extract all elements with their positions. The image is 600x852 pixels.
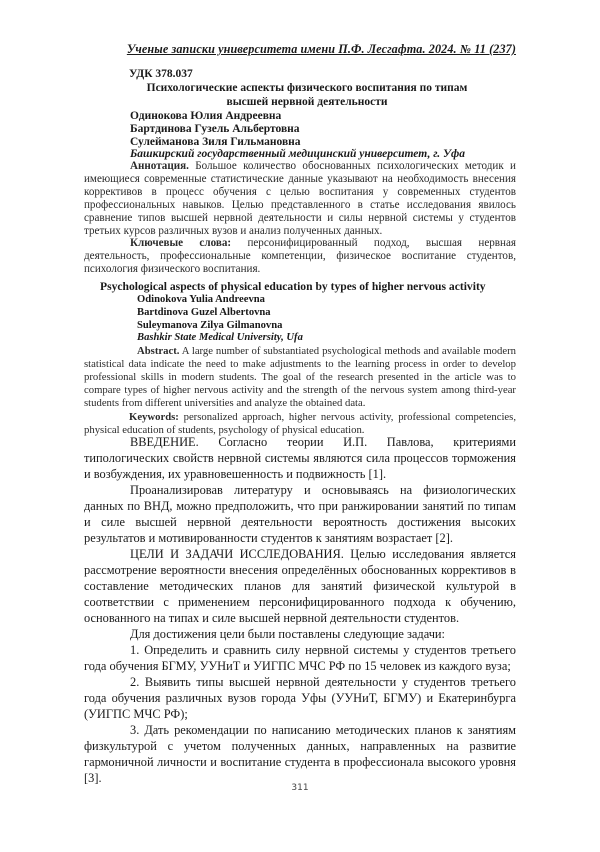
- intro-paragraph: ВВЕДЕНИЕ. Согласно теории И.П. Павлова, …: [84, 434, 516, 482]
- literature-text: Проанализировав литературу и основываясь…: [84, 483, 516, 545]
- title-ru-line-2: высшей нервной деятельности: [118, 95, 496, 109]
- abstract-en-label: Abstract.: [137, 345, 179, 357]
- title-ru-line-1: Психологические аспекты физического восп…: [118, 81, 496, 95]
- literature-paragraph: Проанализировав литературу и основываясь…: [84, 482, 516, 546]
- intro-label: ВВЕДЕНИЕ.: [130, 435, 199, 449]
- udk-code: УДК 378.037: [129, 68, 193, 80]
- authors-ru: Одинокова Юлия Андреевна Бартдинова Гузе…: [130, 110, 301, 150]
- author-en: Suleymanova Zilya Gilmanovna: [137, 319, 282, 332]
- task-text: 1. Определить и сравнить силу нервной си…: [84, 643, 516, 673]
- affiliation-ru: Башкирский государственный медицинский у…: [130, 148, 465, 160]
- author-en: Bartdinova Guzel Albertovna: [137, 306, 282, 319]
- author-en: Odinokova Yulia Andreevna: [137, 293, 282, 306]
- author-ru: Бартдинова Гузель Альбертовна: [130, 123, 301, 136]
- tasks-intro: Для достижения цели были поставлены след…: [84, 626, 516, 642]
- authors-en: Odinokova Yulia Andreevna Bartdinova Guz…: [137, 293, 282, 333]
- author-ru: Одинокова Юлия Андреевна: [130, 110, 301, 123]
- task-item-3: 3. Дать рекомендации по написанию методи…: [84, 722, 516, 786]
- abstract-en: Abstract. A large number of substantiate…: [84, 345, 516, 410]
- article-title-en: Psychological aspects of physical educat…: [100, 280, 486, 293]
- task-text: 2. Выявить типы высшей нервной деятельно…: [84, 675, 516, 721]
- task-item-1: 1. Определить и сравнить силу нервной си…: [84, 642, 516, 674]
- task-text: 3. Дать рекомендации по написанию методи…: [84, 723, 516, 785]
- abstract-ru: Аннотация. Большое количество обоснованн…: [84, 160, 516, 237]
- tasks-intro-text: Для достижения цели были поставлены след…: [130, 627, 445, 641]
- article-title-ru: Психологические аспекты физического восп…: [118, 81, 496, 109]
- abstract-ru-label: Аннотация.: [130, 160, 189, 172]
- task-item-2: 2. Выявить типы высшей нервной деятельно…: [84, 674, 516, 722]
- goals-paragraph: ЦЕЛИ И ЗАДАЧИ ИССЛЕДОВАНИЯ. Целью исслед…: [84, 546, 516, 626]
- page-number: 311: [0, 783, 600, 793]
- journal-page: Ученые записки университета имени П.Ф. Л…: [0, 0, 600, 852]
- keywords-ru-label: Ключевые слова:: [130, 237, 231, 249]
- goals-text: ЦЕЛИ И ЗАДАЧИ ИССЛЕДОВАНИЯ. Целью исслед…: [84, 547, 516, 625]
- keywords-en-label: Keywords:: [129, 411, 179, 423]
- journal-header: Ученые записки университета имени П.Ф. Л…: [120, 42, 516, 57]
- affiliation-en: Bashkir State Medical University, Ufa: [137, 332, 303, 343]
- keywords-ru: Ключевые слова: персонифицированный подх…: [84, 237, 516, 276]
